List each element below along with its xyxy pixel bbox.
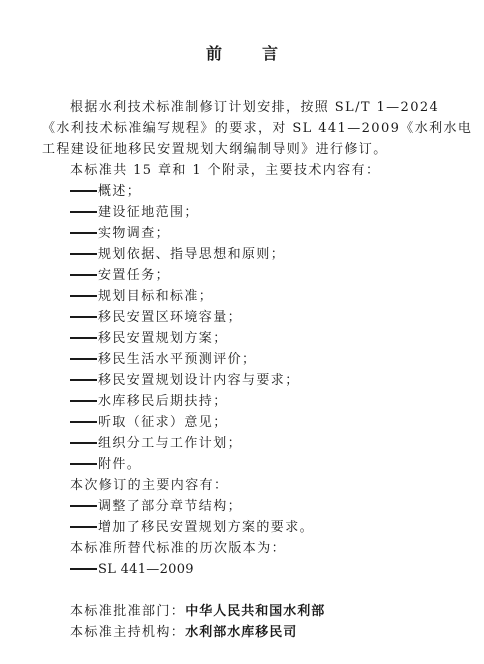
list-item-text: 安置任务； [98, 268, 170, 283]
dash-mark [70, 295, 97, 297]
intro-line-2: 《水利技术标准编写规程》的要求，对 SL 441—2009《水利水电 [42, 119, 472, 139]
list-item: SL 441—2009 [70, 560, 194, 580]
list-item-text: 增加了移民安置规划方案的要求。 [98, 520, 314, 535]
dash-mark [70, 442, 97, 444]
approval-value: 中华人民共和国水利部 [185, 604, 325, 619]
dash-mark [70, 463, 97, 465]
list-item-text: 建设征地范围； [98, 205, 199, 220]
list-item: 移民安置规划设计内容与要求； [70, 371, 300, 391]
dash-mark [70, 190, 97, 192]
list-item-text: 移民安置规划方案； [98, 331, 228, 346]
list-item-text: 水库移民后期扶持； [98, 394, 228, 409]
dash-mark [70, 211, 97, 213]
list-item: 实物调查； [70, 224, 170, 244]
revision-intro: 本次修订的主要内容有： [70, 476, 228, 496]
list-item-text: 听取（征求）意见； [98, 415, 228, 430]
list-item-text: 移民安置区环境容量； [98, 310, 242, 325]
host-value: 水利部水库移民司 [185, 625, 297, 640]
list-item-text: 实物调查； [98, 226, 170, 241]
list-item-text: 移民安置规划设计内容与要求； [98, 373, 300, 388]
dash-mark [70, 337, 97, 339]
dash-mark [70, 253, 97, 255]
dash-mark [70, 358, 97, 360]
dash-mark [70, 526, 97, 528]
list-item: 移民安置区环境容量； [70, 308, 242, 328]
dash-mark [70, 274, 97, 276]
list-item: 听取（征求）意见； [70, 413, 228, 433]
approval-label: 本标准批准部门： [70, 604, 185, 619]
dash-mark [70, 400, 97, 402]
list-item: 规划依据、指导思想和原则； [70, 245, 285, 265]
list-item-text: SL 441—2009 [98, 562, 194, 577]
list-item: 安置任务； [70, 266, 170, 286]
approval-line: 本标准批准部门：中华人民共和国水利部 [70, 602, 325, 622]
host-line: 本标准主持机构：水利部水库移民司 [70, 623, 297, 643]
dash-mark [70, 421, 97, 423]
dash-mark [70, 568, 97, 570]
page-title: 前言 [0, 41, 484, 64]
dash-mark [70, 316, 97, 318]
intro-line-3: 工程建设征地移民安置规划大纲编制导则》进行修订。 [42, 140, 388, 160]
list-item-text: 组织分工与工作计划； [98, 436, 242, 451]
list-item: 概述； [70, 182, 141, 202]
list-item-text: 调整了部分章节结构； [98, 499, 242, 514]
list-item: 增加了移民安置规划方案的要求。 [70, 518, 314, 538]
list-item: 移民安置规划方案； [70, 329, 228, 349]
list-item-text: 概述； [98, 184, 141, 199]
dash-mark [70, 379, 97, 381]
list-item-text: 附件。 [98, 457, 141, 472]
list-item: 规划目标和标准； [70, 287, 213, 307]
list-item: 附件。 [70, 455, 141, 475]
dash-mark [70, 505, 97, 507]
list-item: 建设征地范围； [70, 203, 199, 223]
list-item-text: 规划目标和标准； [98, 289, 213, 304]
list-item: 移民生活水平预测评价； [70, 350, 256, 370]
host-label: 本标准主持机构： [70, 625, 185, 640]
intro-line-1: 根据水利技术标准制修订计划安排，按照 SL/T 1—2024 [70, 98, 439, 118]
list-item-text: 移民生活水平预测评价； [98, 352, 256, 367]
contents-intro: 本标准共 15 章和 1 个附录，主要技术内容有： [70, 161, 380, 181]
title-char-right: 言 [262, 41, 278, 64]
list-item: 组织分工与工作计划； [70, 434, 242, 454]
dash-mark [70, 232, 97, 234]
title-char-left: 前 [206, 41, 222, 64]
list-item-text: 规划依据、指导思想和原则； [98, 247, 285, 262]
list-item: 水库移民后期扶持； [70, 392, 228, 412]
history-intro: 本标准所替代标准的历次版本为： [70, 539, 286, 559]
list-item: 调整了部分章节结构； [70, 497, 242, 517]
